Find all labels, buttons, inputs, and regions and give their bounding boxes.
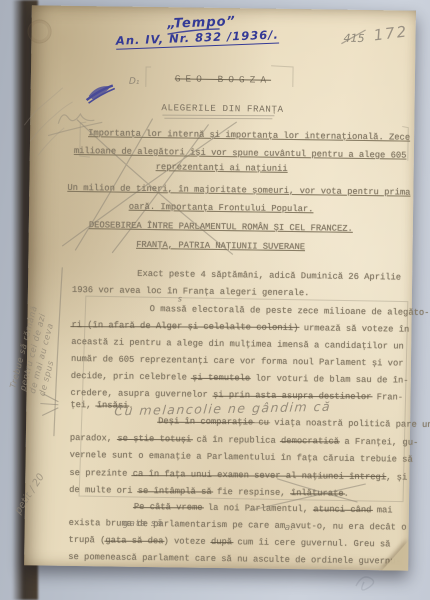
struck-text: înlăturate <box>291 488 344 499</box>
backing-pencil-squiggle <box>348 566 388 596</box>
typed-text: ) voteze <box>163 536 211 547</box>
struck-text: democratică <box>281 436 339 447</box>
typed-text: credere, asupra guvernelor <box>70 388 213 400</box>
typed-text: mai <box>371 505 392 515</box>
typed-text: , și <box>386 472 407 482</box>
typed-text: de multe ori <box>69 485 138 496</box>
struck-text: se întâmplă să <box>138 486 212 497</box>
typed-text: reprezentanți ai națiunii <box>156 162 288 174</box>
handwritten-insert-a: a. <box>285 523 294 533</box>
typed-text: Fran- <box>371 392 403 402</box>
typed-text: fie respinse, <box>212 487 291 498</box>
typed-text: paradox, <box>70 433 118 444</box>
manuscript-page: „Tempo” An. IV, Nr. 832 /1936/. 415 172 … <box>24 5 416 570</box>
typed-text: decide, prin celebrele <box>71 371 193 383</box>
typed-text: a Franței, gu- <box>339 437 418 448</box>
struck-text: după <box>211 537 232 547</box>
typed-text: ței, <box>70 400 97 410</box>
typed-text: trupă ( <box>68 535 105 546</box>
typed-text: urmează să voteze în <box>298 323 409 335</box>
typed-text: se prezinte <box>69 468 132 479</box>
struck-text: Deși în comparație cu <box>158 416 269 428</box>
struck-text: gata să dea <box>105 535 163 546</box>
struck-text: și temutele <box>192 373 250 384</box>
masthead-annotation: „Tempo” An. IV, Nr. 832 /1936/. <box>115 13 279 50</box>
typed-text: că în republica <box>191 435 281 446</box>
inline-letter-insert: s <box>178 294 182 303</box>
margin-small-mark: D₁ <box>129 77 140 87</box>
photo-backdrop: „Tempo” An. IV, Nr. 832 /1936/. 415 172 … <box>0 0 430 600</box>
handwritten-insert-gata-sa: gata să <box>123 519 163 529</box>
struck-text: se știe totuși <box>117 434 191 445</box>
typed-text: la noi Parlamentul, <box>203 503 314 515</box>
struck-text: Pe câtă vreme <box>134 502 203 513</box>
crossed-page-number: 415 <box>343 32 364 45</box>
page-corner-fold <box>382 540 408 570</box>
struck-text: atunci când <box>313 504 371 515</box>
